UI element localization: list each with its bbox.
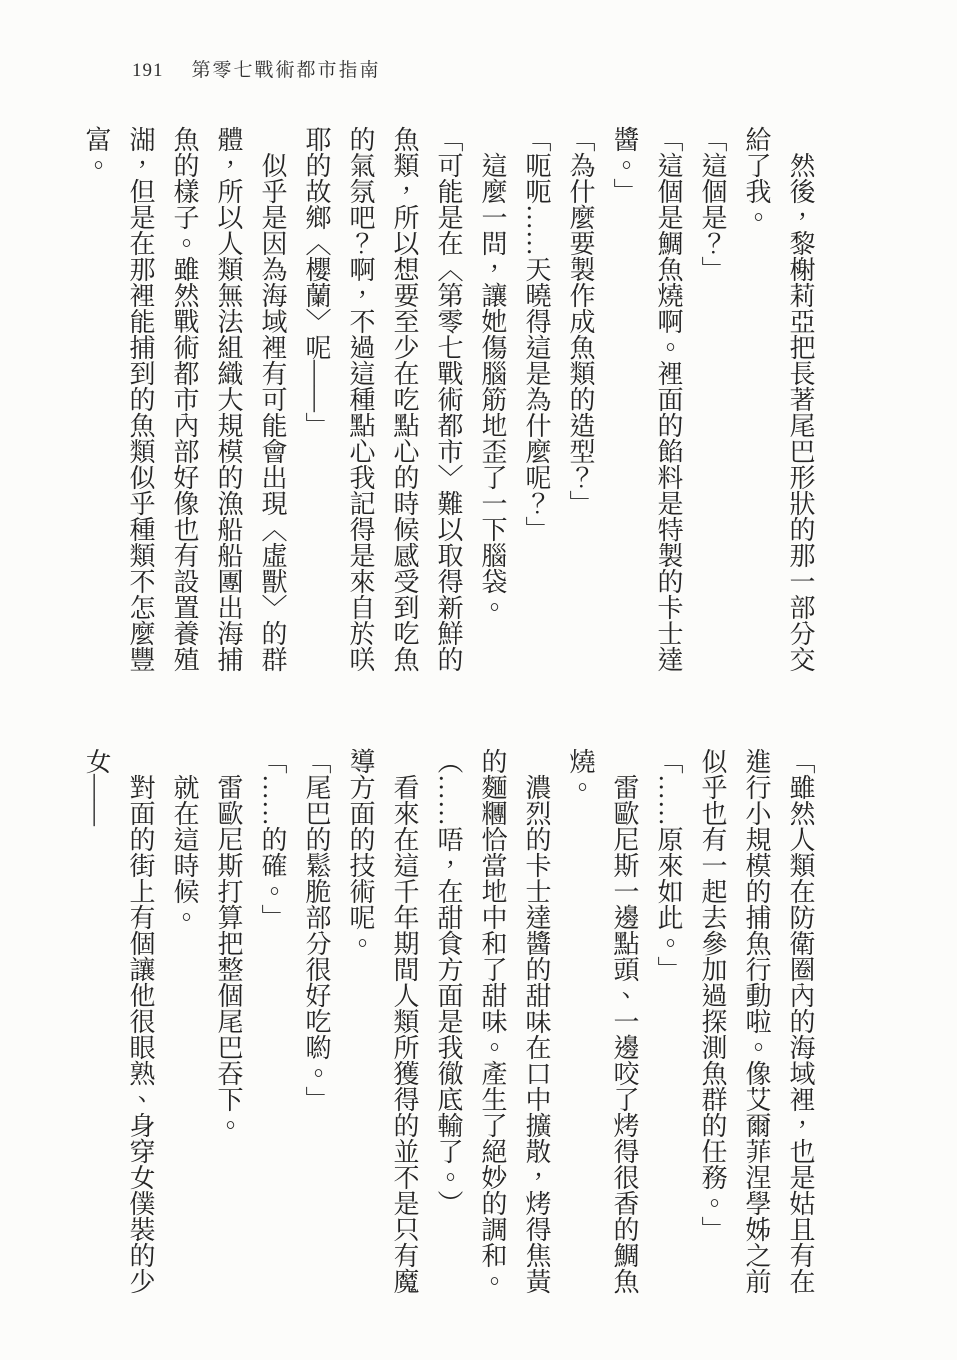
text-line: 這麼一問，讓她傷腦筋地歪了一下腦袋。 bbox=[470, 126, 514, 682]
running-title: 第零七戰術都市指南 bbox=[192, 55, 381, 82]
lower-text-block: 「雖然人類在防衛圈內的海域裡，也是姑且有在進行小規模的捕魚行動啦。像艾爾菲涅學姊… bbox=[74, 748, 822, 1304]
text-line: 「呃呃……天曉得這是為什麼呢？」 bbox=[514, 126, 558, 682]
text-line: 「雖然人類在防衛圈內的海域裡，也是姑且有在 bbox=[778, 748, 822, 1304]
text-line: 雷歐尼斯一邊點頭、一邊咬了烤得很香的鯛魚 bbox=[602, 748, 646, 1304]
book-page: 191 第零七戰術都市指南 然後，黎榭莉亞把長著尾巴形狀的那一部分交給了我。「這… bbox=[0, 0, 957, 1360]
text-line: 醬。」 bbox=[602, 126, 646, 682]
page-header: 191 第零七戰術都市指南 bbox=[132, 55, 381, 82]
upper-text-block: 然後，黎榭莉亞把長著尾巴形狀的那一部分交給了我。「這個是？」「這個是鯛魚燒啊。裡… bbox=[74, 126, 822, 682]
text-line: 對面的街上有個讓他很眼熟、身穿女僕裝的少 bbox=[118, 748, 162, 1304]
text-line: 的麵糰恰當地中和了甜味。產生了絕妙的調和。 bbox=[470, 748, 514, 1304]
text-line: 給了我。 bbox=[734, 126, 778, 682]
text-line: 進行小規模的捕魚行動啦。像艾爾菲涅學姊之前 bbox=[734, 748, 778, 1304]
text-line: 「……的確。」 bbox=[250, 748, 294, 1304]
text-line: 雷歐尼斯打算把整個尾巴吞下。 bbox=[206, 748, 250, 1304]
text-line: 似乎也有一起去參加過探測魚群的任務。」 bbox=[690, 748, 734, 1304]
text-line: 導方面的技術呢。 bbox=[338, 748, 382, 1304]
text-line: 富。 bbox=[74, 126, 118, 682]
text-line: 「這個是鯛魚燒啊。裡面的餡料是特製的卡士達 bbox=[646, 126, 690, 682]
text-line: 濃烈的卡士達醬的甜味在口中擴散，烤得焦黃 bbox=[514, 748, 558, 1304]
text-line: 「可能是在〈第零七戰術都市〉難以取得新鮮的 bbox=[426, 126, 470, 682]
text-line: 女—— bbox=[74, 748, 118, 1304]
text-line: 「尾巴的鬆脆部分很好吃喲。」 bbox=[294, 748, 338, 1304]
text-line: 耶的故鄉〈櫻蘭〉呢——」 bbox=[294, 126, 338, 682]
text-line: （……唔，在甜食方面是我徹底輸了。） bbox=[426, 748, 470, 1304]
text-line: 似乎是因為海域裡有可能會出現〈虛獸〉的群 bbox=[250, 126, 294, 682]
text-line: 「為什麼要製作成魚類的造型？」 bbox=[558, 126, 602, 682]
text-line: 魚的樣子。雖然戰術都市內部好像也有設置養殖 bbox=[162, 126, 206, 682]
text-line: 就在這時候。 bbox=[162, 748, 206, 1304]
text-line: 魚類，所以想要至少在吃點心的時候感受到吃魚 bbox=[382, 126, 426, 682]
text-line: 體，所以人類無法組織大規模的漁船船團出海捕 bbox=[206, 126, 250, 682]
text-line: 燒。 bbox=[558, 748, 602, 1304]
text-line: 的氣氛吧？啊，不過這種點心我記得是來自於咲 bbox=[338, 126, 382, 682]
text-line: 「……原來如此。」 bbox=[646, 748, 690, 1304]
text-line: 然後，黎榭莉亞把長著尾巴形狀的那一部分交 bbox=[778, 126, 822, 682]
page-number: 191 bbox=[132, 60, 164, 82]
text-line: 湖，但是在那裡能捕到的魚類似乎種類不怎麼豐 bbox=[118, 126, 162, 682]
text-line: 看來在這千年期間人類所獲得的並不是只有魔 bbox=[382, 748, 426, 1304]
text-line: 「這個是？」 bbox=[690, 126, 734, 682]
